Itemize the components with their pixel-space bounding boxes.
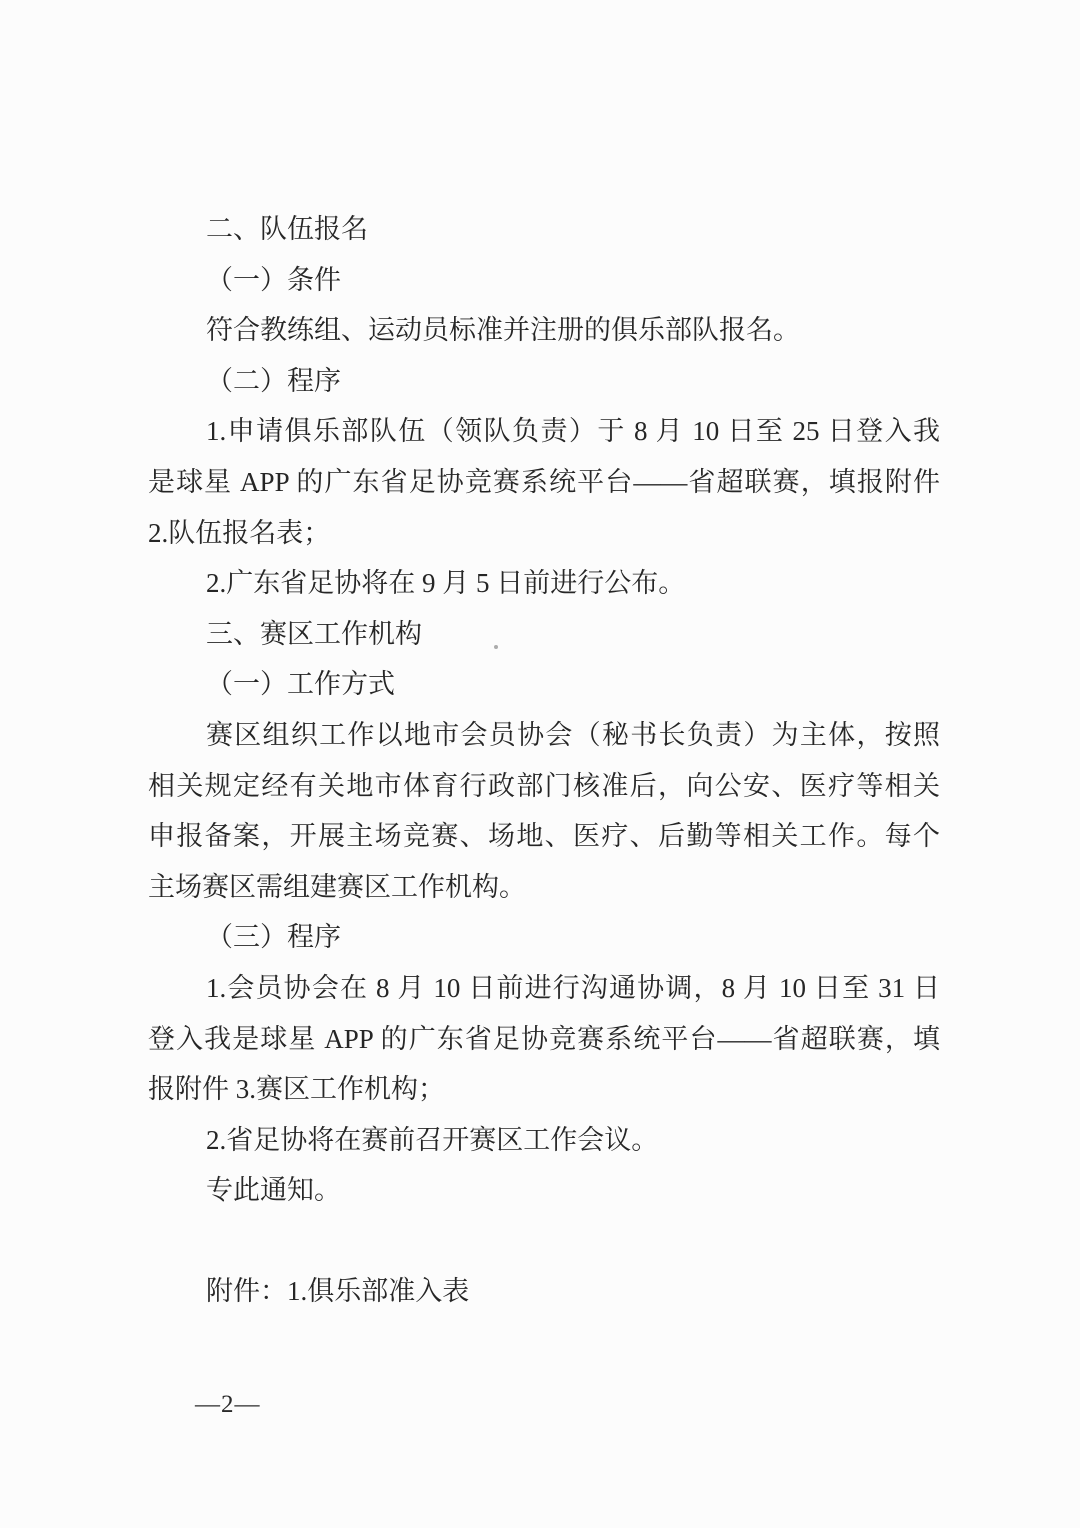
scanned-document-page: 二、队伍报名（一）条件符合教练组、运动员标准并注册的俱乐部队报名。（二）程序1.… [0, 0, 1080, 1528]
document-line: 2.队伍报名表； [148, 508, 940, 559]
document-line: 2.广东省足协将在 9 月 5 日前进行公布。 [148, 558, 940, 609]
document-line: 主场赛区需组建赛区工作机构。 [148, 862, 940, 913]
document-blank-line [148, 1216, 940, 1267]
document-line: 三、赛区工作机构 [148, 609, 940, 660]
document-line: （二）程序 [148, 356, 940, 407]
document-line: 附件：1.俱乐部准入表 [148, 1266, 940, 1317]
document-line: 赛区组织工作以地市会员协会（秘书长负责）为主体，按照 [148, 710, 940, 761]
document-line: 申报备案，开展主场竞赛、场地、医疗、后勤等相关工作。每个 [148, 811, 940, 862]
document-line: （一）条件 [148, 255, 940, 306]
document-line: 二、队伍报名 [148, 204, 940, 255]
document-line: 是球星 APP 的广东省足协竞赛系统平台——省超联赛，填报附件 [148, 457, 940, 508]
document-line: 1.申请俱乐部队伍（领队负责）于 8 月 10 日至 25 日登入我 [148, 406, 940, 457]
document-line: 1.会员协会在 8 月 10 日前进行沟通协调，8 月 10 日至 31 日 [148, 963, 940, 1014]
document-line: 相关规定经有关地市体育行政部门核准后，向公安、医疗等相关 [148, 761, 940, 812]
page-number: —2— [195, 1390, 261, 1420]
document-line: 报附件 3.赛区工作机构； [148, 1064, 940, 1115]
document-line: 登入我是球星 APP 的广东省足协竞赛系统平台——省超联赛，填 [148, 1014, 940, 1065]
document-line: （三）程序 [148, 912, 940, 963]
document-line: 专此通知。 [148, 1165, 940, 1216]
document-line: （一）工作方式 [148, 659, 940, 710]
document-body: 二、队伍报名（一）条件符合教练组、运动员标准并注册的俱乐部队报名。（二）程序1.… [148, 204, 940, 1317]
document-line: 符合教练组、运动员标准并注册的俱乐部队报名。 [148, 305, 940, 356]
document-line: 2.省足协将在赛前召开赛区工作会议。 [148, 1115, 940, 1166]
scan-artifact-dot [494, 645, 498, 649]
